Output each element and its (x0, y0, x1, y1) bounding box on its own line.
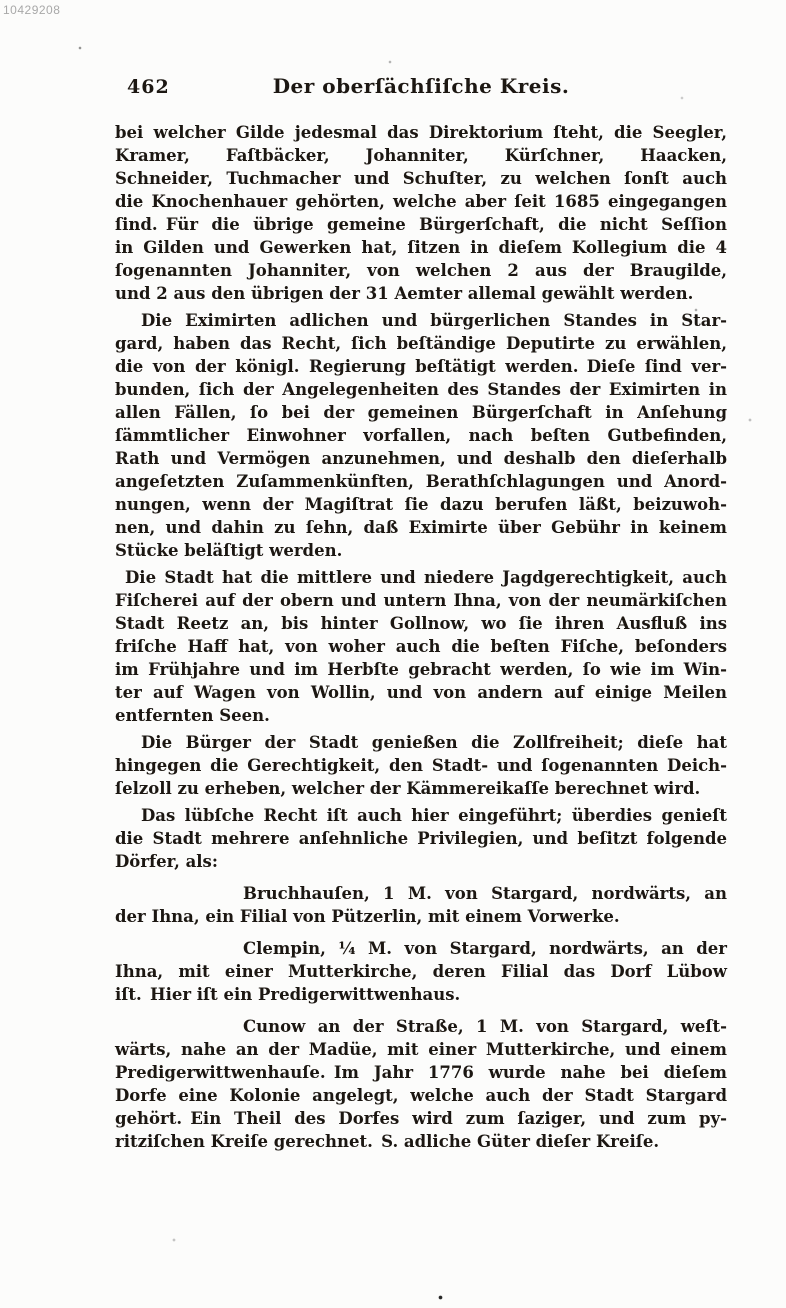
text-line: iſt. Hier iſt ein Predigerwittwenhaus. (115, 983, 727, 1006)
text-line: Rath und Vermögen anzunehmen, und deshal… (115, 447, 727, 470)
text-line: nen, und dahin zu ſehn, daß Eximirte übe… (115, 516, 727, 539)
text-line: Predigerwittwenhauſe. Im Jahr 1776 wurde… (115, 1061, 727, 1084)
text-line: im Frühjahre und im Herbſte gebracht wer… (115, 658, 727, 681)
text-line: Dorfe eine Kolonie angelegt, welche auch… (115, 1084, 727, 1107)
text-line: Die Stadt hat die mittlere und niedere J… (115, 566, 727, 589)
text-line: in Gilden und Gewerken hat, ſitzen in di… (115, 236, 727, 259)
text-line: und 2 aus den übrigen der 31 Aemter alle… (115, 282, 727, 305)
text-line: Stadt Reetz an, bis hinter Gollnow, wo ſ… (115, 612, 727, 635)
text-line: Ihna, mit einer Mutterkirche, deren Fili… (115, 960, 727, 983)
text-line: friſche Haff hat, von woher auch die beſ… (115, 635, 727, 658)
text-line: Die Eximirten adlichen und bürgerlichen … (115, 309, 727, 332)
paragraph: Cunow an der Straße, 1 M. von Stargard, … (115, 1015, 727, 1153)
text-line: wärts, nahe an der Madüe, mit einer Mutt… (115, 1038, 727, 1061)
text-line: Schneider, Tuchmacher und Schuſter, zu w… (115, 167, 727, 190)
book-page-scan: 10429208 462 Der oberſächſiſche Kreis. b… (0, 0, 786, 1308)
text-line: ſämmtlicher Einwohner vorfallen, nach be… (115, 424, 727, 447)
text-line: Clempin, ¼ M. von Stargard, nordwärts, a… (115, 937, 727, 960)
text-line: bei welcher Gilde jedesmal das Direktori… (115, 121, 727, 144)
text-line: gehört. Ein Theil des Dorfes wird zum ſa… (115, 1107, 727, 1130)
paragraph: Die Stadt hat die mittlere und niedere J… (115, 566, 727, 727)
paragraph: Clempin, ¼ M. von Stargard, nordwärts, a… (115, 937, 727, 1006)
text-line: die von der königl. Regierung beſtätigt … (115, 355, 727, 378)
text-line: entfernten Seen. (115, 704, 727, 727)
text-line: Kramer, Faſtbäcker, Johanniter, Kürſchne… (115, 144, 727, 167)
page-number: 462 (127, 76, 170, 98)
running-title: Der oberſächſiſche Kreis. (115, 74, 727, 98)
paragraph: Bruchhauſen, 1 M. von Stargard, nordwärt… (115, 882, 727, 928)
text-line: ritziſchen Kreiſe gerechnet. S. adliche … (115, 1130, 727, 1153)
text-line: ſogenannten Johanniter, von welchen 2 au… (115, 259, 727, 282)
scan-id-number: 10429208 (3, 3, 60, 17)
text-line: Das lübſche Recht iſt auch hier eingefüh… (115, 804, 727, 827)
text-line: Dörfer, als: (115, 850, 727, 873)
text-line: ter auf Wagen von Wollin, und von andern… (115, 681, 727, 704)
text-line: der Ihna, ein Filial von Pützerlin, mit … (115, 905, 727, 928)
page-header: 462 Der oberſächſiſche Kreis. (115, 74, 727, 98)
paragraph: Das lübſche Recht iſt auch hier eingefüh… (115, 804, 727, 873)
paragraph: Die Bürger der Stadt genießen die Zollfr… (115, 731, 727, 800)
text-line: bunden, ſich der Angelegenheiten des Sta… (115, 378, 727, 401)
text-line: ſelzoll zu erheben, welcher der Kämmerei… (115, 777, 727, 800)
paragraph: Die Eximirten adlichen und bürgerlichen … (115, 309, 727, 562)
text-line: Stücke beläſtigt werden. (115, 539, 727, 562)
text-line: ſind. Für die übrige gemeine Bürgerſchaf… (115, 213, 727, 236)
text-line: angeſetzten Zuſammenkünften, Berathſchla… (115, 470, 727, 493)
text-line: Bruchhauſen, 1 M. von Stargard, nordwärt… (115, 882, 727, 905)
text-line: nungen, wenn der Magiſtrat ſie dazu beru… (115, 493, 727, 516)
text-line: Fiſcherei auf der obern und untern Ihna,… (115, 589, 727, 612)
text-line: Die Bürger der Stadt genießen die Zollfr… (115, 731, 727, 754)
text-line: gard, haben das Recht, ſich beſtändige D… (115, 332, 727, 355)
text-line: die Stadt mehrere anſehnliche Privilegie… (115, 827, 727, 850)
text-line: Cunow an der Straße, 1 M. von Stargard, … (115, 1015, 727, 1038)
text-line: allen Fällen, ſo bei der gemeinen Bürger… (115, 401, 727, 424)
text-line: die Knochenhauer gehörten, welche aber ſ… (115, 190, 727, 213)
text-line: hingegen die Gerechtigkeit, den Stadt- u… (115, 754, 727, 777)
paragraph: bei welcher Gilde jedesmal das Direktori… (115, 121, 727, 305)
page-text-block: bei welcher Gilde jedesmal das Direktori… (115, 121, 727, 1153)
